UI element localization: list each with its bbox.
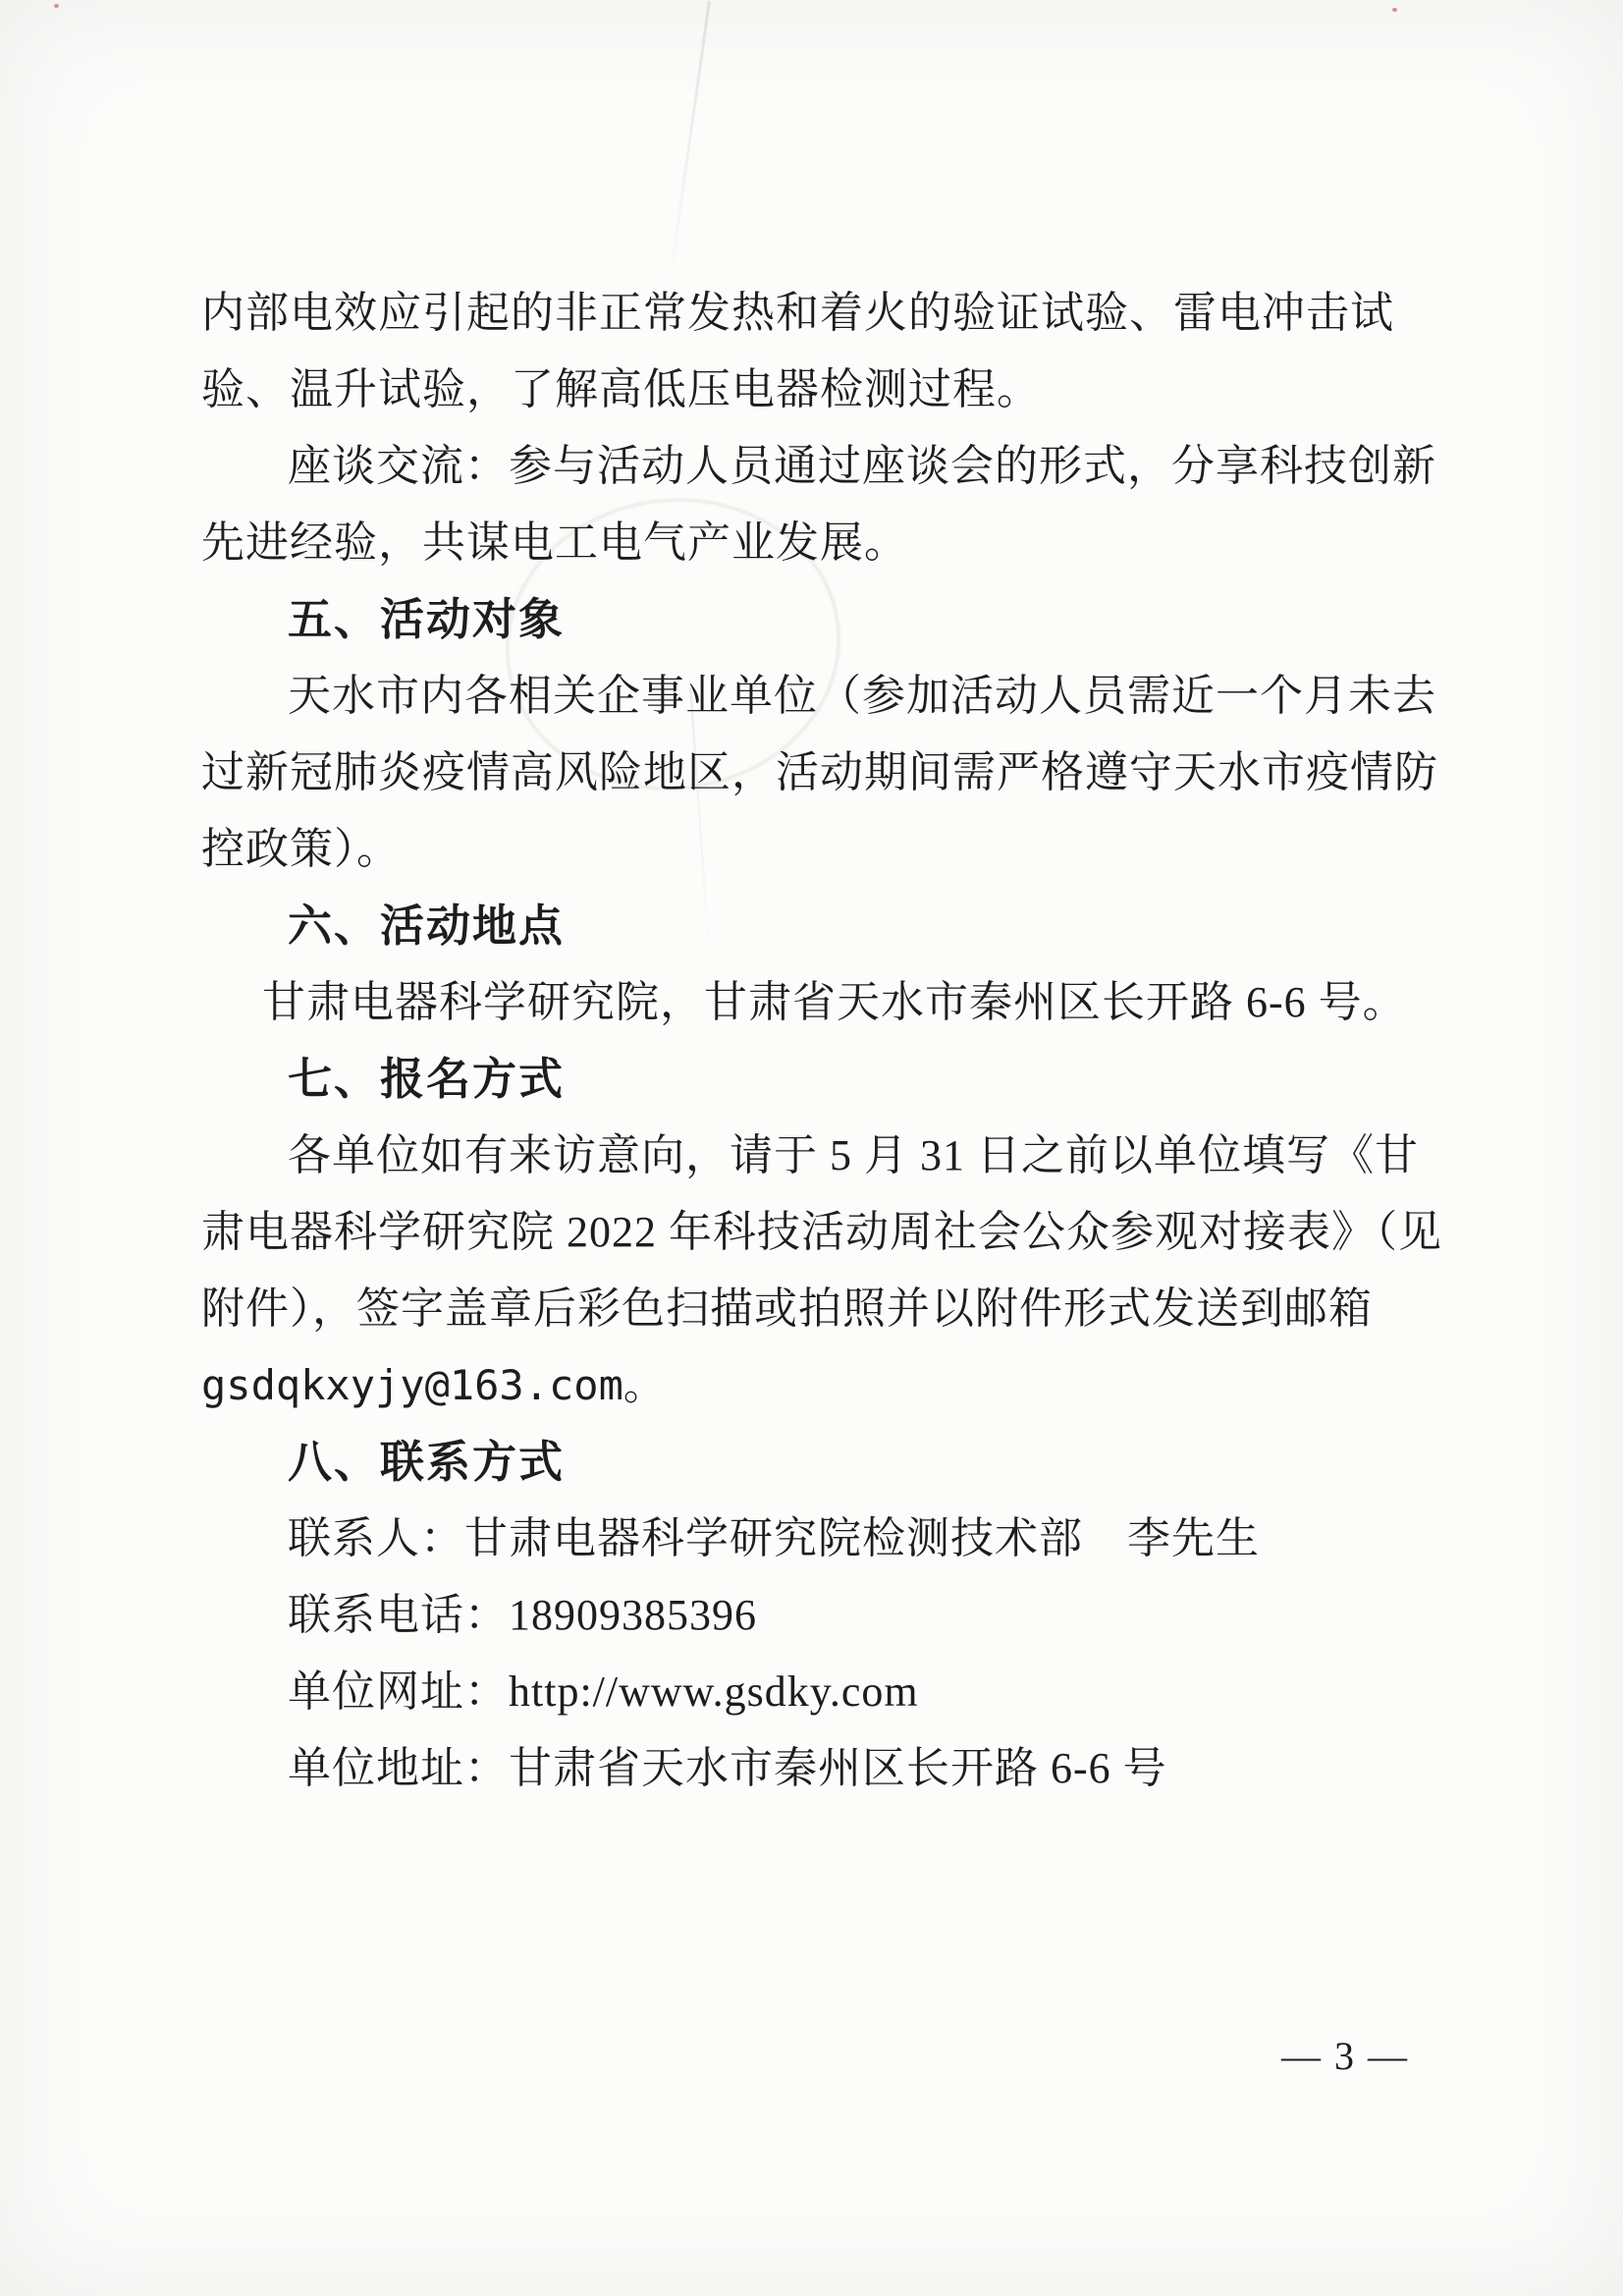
document-body: 内部电效应引起的非正常发热和着火的验证试验、雷电冲击试 验、温升试验，了解高低压… — [201, 275, 1375, 1807]
scan-speck — [54, 4, 59, 8]
section-heading-activity-target: 五、活动对象 — [201, 581, 1375, 658]
body-line: 先进经验，共谋电工电气产业发展。 — [201, 505, 1375, 581]
body-line: 附件），签字盖章后彩色扫描或拍照并以附件形式发送到邮箱 — [201, 1271, 1375, 1347]
body-line: 天水市内各相关企事业单位（参加活动人员需近一个月未去 — [201, 658, 1375, 735]
body-line: 肃电器科学研究院 2022 年科技活动周社会公众参观对接表》（见 — [201, 1194, 1375, 1271]
scan-speck — [1392, 8, 1397, 12]
page-number: — 3 — — [1281, 2033, 1409, 2079]
email-address: gsdqkxyjy@163.com。 — [201, 1347, 1375, 1424]
body-line: 内部电效应引起的非正常发热和着火的验证试验、雷电冲击试 — [201, 275, 1375, 352]
document-page: 内部电效应引起的非正常发热和着火的验证试验、雷电冲击试 验、温升试验，了解高低压… — [0, 0, 1623, 2296]
body-line-address: 甘肃电器科学研究院，甘肃省天水市秦州区长开路 6-6 号。 — [201, 964, 1375, 1041]
body-line: 控政策）。 — [201, 811, 1375, 888]
section-heading-registration: 七、报名方式 — [201, 1041, 1375, 1118]
address-line: 单位地址：甘肃省天水市秦州区长开路 6-6 号 — [201, 1730, 1375, 1807]
scan-streak — [667, 1, 711, 293]
body-line: 验、温升试验，了解高低压电器检测过程。 — [201, 352, 1375, 428]
section-heading-activity-location: 六、活动地点 — [201, 888, 1375, 964]
contact-person-line: 联系人：甘肃电器科学研究院检测技术部 李先生 — [201, 1501, 1375, 1577]
body-line: 过新冠肺炎疫情高风险地区，活动期间需严格遵守天水市疫情防 — [201, 735, 1375, 811]
body-line: 座谈交流：参与活动人员通过座谈会的形式，分享科技创新 — [201, 428, 1375, 505]
website-line: 单位网址：http://www.gsdky.com — [201, 1654, 1375, 1730]
contact-phone-line: 联系电话：18909385396 — [201, 1577, 1375, 1654]
body-line: 各单位如有来访意向，请于 5 月 31 日之前以单位填写《甘 — [201, 1118, 1375, 1194]
section-heading-contact: 八、联系方式 — [201, 1424, 1375, 1501]
